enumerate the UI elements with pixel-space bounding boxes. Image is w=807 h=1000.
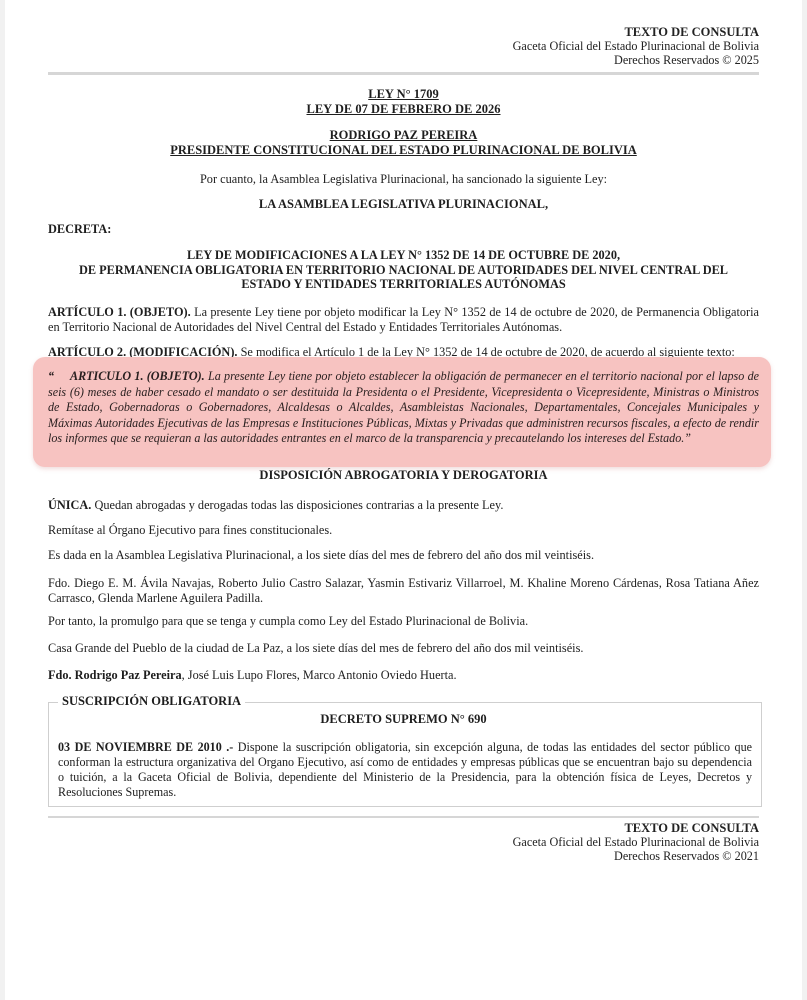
law-long-title: LEY DE MODIFICACIONES A LA LEY N° 1352 D… <box>30 248 777 292</box>
decreto-date: 03 DE NOVIEMBRE DE 2010 .- <box>58 740 233 754</box>
header-publisher: Gaceta Oficial del Estado Plurinacional … <box>513 39 759 53</box>
header-consulta: TEXTO DE CONSULTA Gaceta Oficial del Est… <box>513 25 759 67</box>
law-number: LEY N° 1709 <box>30 87 777 102</box>
header-label: TEXTO DE CONSULTA <box>513 25 759 39</box>
assembly-heading: LA ASAMBLEA LEGISLATIVA PLURINACIONAL, <box>30 197 777 212</box>
unica-text: Quedan abrogadas y derogadas todas las d… <box>91 498 503 512</box>
header-divider <box>48 72 759 75</box>
ministers-signatures: , José Luis Lupo Flores, Marco Antonio O… <box>182 668 457 682</box>
executive-signatories: Fdo. Rodrigo Paz Pereira, José Luis Lupo… <box>48 668 759 683</box>
law-title-block: LEY N° 1709 LEY DE 07 DE FEBRERO DE 2026 <box>30 87 777 117</box>
assembly-signatories: Fdo. Diego E. M. Ávila Navajas, Roberto … <box>48 576 759 606</box>
open-quote-mark: “ <box>48 369 70 385</box>
footer-label: TEXTO DE CONSULTA <box>513 821 759 835</box>
president-block: RODRIGO PAZ PEREIRA PRESIDENTE CONSTITUC… <box>30 128 777 158</box>
unica-paragraph: ÚNICA. Quedan abrogadas y derogadas toda… <box>48 498 759 513</box>
quoted-article: “ARTICULO 1. (OBJETO). La presente Ley t… <box>48 369 759 447</box>
article-1-heading: ARTÍCULO 1. (OBJETO). <box>48 305 191 319</box>
footer-publisher: Gaceta Oficial del Estado Plurinacional … <box>513 835 759 849</box>
unica-heading: ÚNICA. <box>48 498 91 512</box>
footer-divider <box>48 816 759 818</box>
remitase-paragraph: Remítase al Órgano Ejecutivo para fines … <box>48 523 759 538</box>
decreto-body: 03 DE NOVIEMBRE DE 2010 .- Dispone la su… <box>58 740 752 800</box>
article-1: ARTÍCULO 1. (OBJETO). La presente Ley ti… <box>48 305 759 335</box>
law-long-title-line: DE PERMANENCIA OBLIGATORIA EN TERRITORIO… <box>30 263 777 278</box>
por-tanto-paragraph: Por tanto, la promulgo para que se tenga… <box>48 614 759 629</box>
es-dada-paragraph: Es dada en la Asamblea Legislativa Pluri… <box>48 548 759 563</box>
law-long-title-line: LEY DE MODIFICACIONES A LA LEY N° 1352 D… <box>30 248 777 263</box>
page-edge-left <box>0 0 5 1000</box>
disposicion-heading: DISPOSICIÓN ABROGATORIA Y DEROGATORIA <box>30 468 777 483</box>
decreto-title: DECRETO SUPREMO N° 690 <box>30 712 777 727</box>
law-long-title-line: ESTADO Y ENTIDADES TERRITORIALES AUTÓNOM… <box>30 277 777 292</box>
decreta-heading: DECRETA: <box>48 222 759 237</box>
president-title: PRESIDENTE CONSTITUCIONAL DEL ESTADO PLU… <box>30 143 777 158</box>
suscripcion-legend: SUSCRIPCIÓN OBLIGATORIA <box>58 694 245 709</box>
quoted-article-heading: ARTICULO 1. (OBJETO). <box>70 369 205 383</box>
president-signature: Fdo. Rodrigo Paz Pereira <box>48 668 182 682</box>
casa-grande-paragraph: Casa Grande del Pueblo de la ciudad de L… <box>48 641 759 656</box>
por-cuanto-text: Por cuanto, la Asamblea Legislativa Plur… <box>30 172 777 187</box>
footer-consulta: TEXTO DE CONSULTA Gaceta Oficial del Est… <box>513 821 759 863</box>
header-rights: Derechos Reservados © 2025 <box>513 53 759 67</box>
president-name: RODRIGO PAZ PEREIRA <box>30 128 777 143</box>
page-edge-right <box>802 0 807 1000</box>
footer-rights: Derechos Reservados © 2021 <box>513 849 759 863</box>
law-date: LEY DE 07 DE FEBRERO DE 2026 <box>30 102 777 117</box>
